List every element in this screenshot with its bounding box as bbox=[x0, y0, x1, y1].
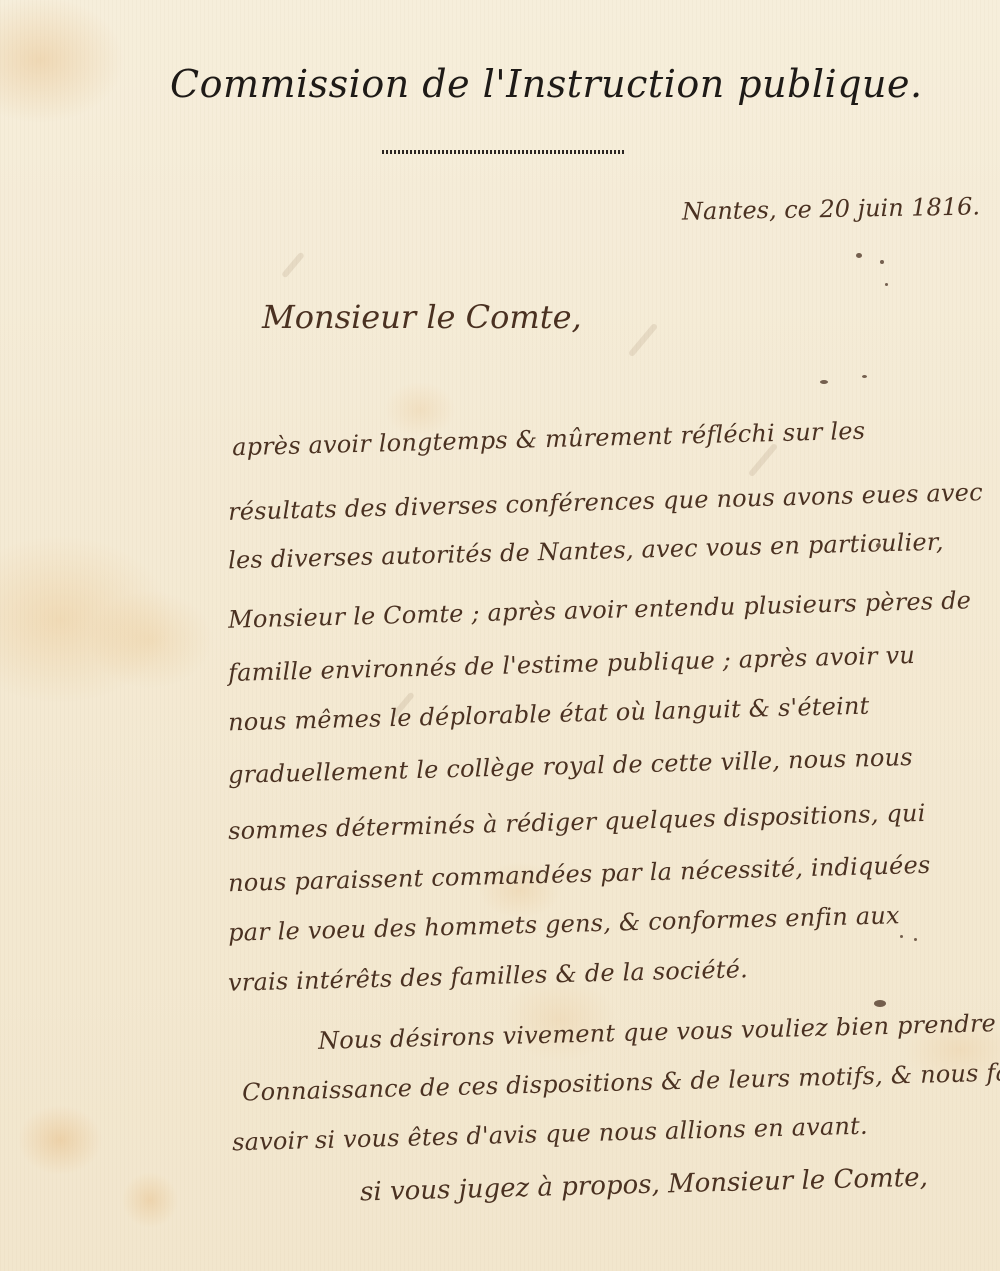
body-line: Monsieur le Comte ; après avoir entendu … bbox=[228, 586, 972, 633]
body-line: Nous désirons vivement que vous vouliez … bbox=[318, 1009, 997, 1055]
dateline: Nantes, ce 20 juin 1816. bbox=[682, 192, 980, 225]
ink-blot bbox=[914, 938, 917, 941]
body-line: par le voeu des hommets gens, & conforme… bbox=[228, 901, 900, 947]
ink-blot bbox=[862, 375, 867, 378]
body-line: résultats des diverses conférences que n… bbox=[228, 478, 983, 526]
ink-blot bbox=[900, 935, 903, 938]
ink-smudge bbox=[628, 323, 658, 357]
body-line: nous mêmes le déplorable état où languit… bbox=[228, 692, 870, 737]
letterhead-divider bbox=[382, 150, 624, 154]
ink-blot bbox=[880, 260, 884, 264]
ink-blot bbox=[856, 253, 862, 258]
letter-page: Commission de l'Instruction publique. Na… bbox=[0, 0, 1000, 1271]
body-line: famille environnés de l'estime publique … bbox=[228, 641, 916, 687]
ink-blot bbox=[820, 380, 828, 384]
closing-line: si vous jugez à propos, Monsieur le Comt… bbox=[360, 1163, 928, 1208]
body-line: vrais intérêts des familles & de la soci… bbox=[228, 955, 749, 997]
body-line: Connaissance de ces dispositions & de le… bbox=[242, 1058, 1000, 1107]
ink-smudge bbox=[748, 443, 778, 477]
body-line: graduellement le collège royal de cette … bbox=[228, 743, 913, 789]
ink-blot bbox=[876, 543, 881, 548]
body-line: savoir si vous êtes d'avis que nous alli… bbox=[232, 1112, 868, 1157]
letterhead-title: Commission de l'Instruction publique. bbox=[170, 62, 850, 106]
ink-smudge bbox=[281, 252, 305, 279]
body-line: les diverses autorités de Nantes, avec v… bbox=[228, 528, 944, 575]
ink-blot bbox=[874, 1000, 886, 1007]
salutation: Monsieur le Comte, bbox=[262, 298, 582, 336]
ink-blot bbox=[885, 283, 888, 286]
body-line: nous paraissent commandées par la nécess… bbox=[228, 851, 931, 897]
body-line: sommes déterminés à rédiger quelques dis… bbox=[228, 799, 926, 845]
